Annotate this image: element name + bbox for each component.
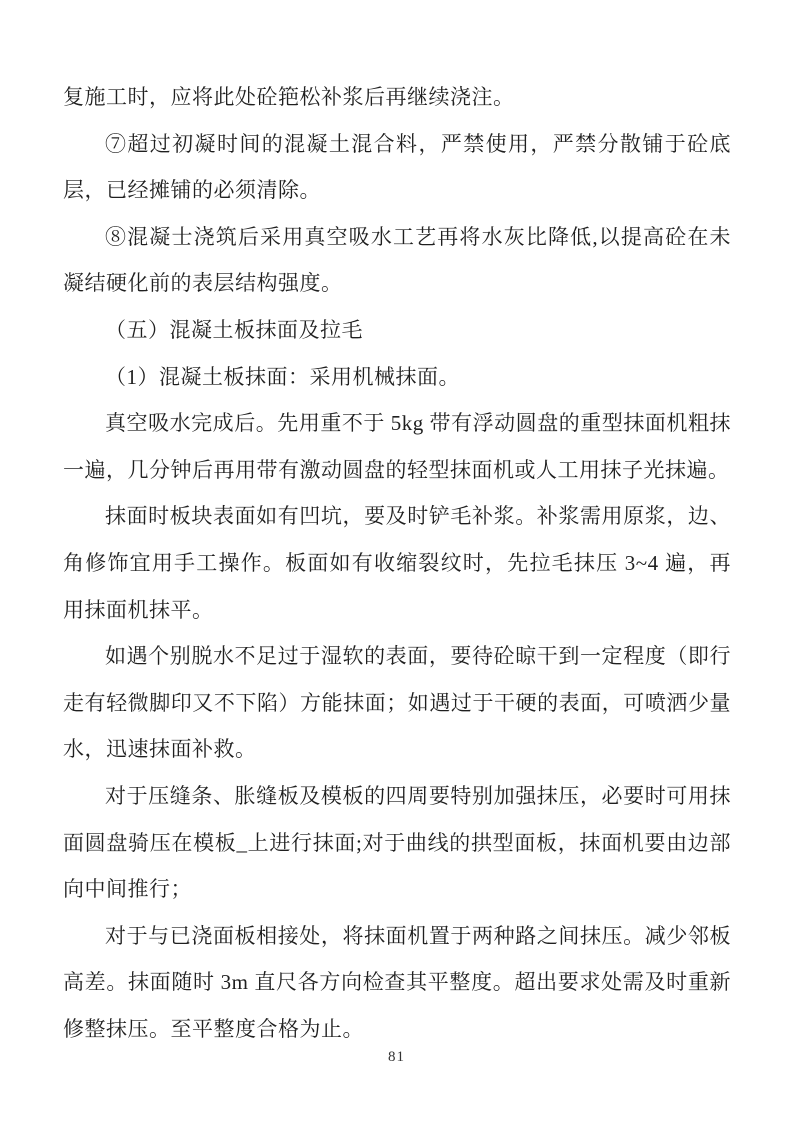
document-body: 复施工时，应将此处砼筢松补浆后再继续浇注。⑦超过初凝时间的混凝土混合料，严禁使用… [63,74,731,1052]
page-number: 81 [0,1049,793,1066]
paragraph: （1）混凝土板抹面：采用机械抹面。 [63,354,731,401]
paragraph: 如遇个别脱水不足过于湿软的表面，要待砼晾干到一定程度（即行走有轻微脚印又不下陷）… [63,633,731,773]
paragraph: 抹面时板块表面如有凹坑，要及时铲毛补浆。补浆需用原浆，边、角修饰宜用手工操作。板… [63,493,731,633]
paragraph: 对于压缝条、胀缝板及模板的四周要特别加强抹压，必要时可用抹面圆盘骑压在模板_上进… [63,773,731,913]
paragraph: 真空吸水完成后。先用重不于 5kg 带有浮动圆盘的重型抹面机粗抹一遍，几分钟后再… [63,400,731,493]
paragraph: 对于与已浇面板相接处，将抹面机置于两种路之间抹压。减少邻板高差。抹面随时 3m … [63,913,731,1053]
paragraph: 复施工时，应将此处砼筢松补浆后再继续浇注。 [63,74,731,121]
document-page: 复施工时，应将此处砼筢松补浆后再继续浇注。⑦超过初凝时间的混凝土混合料，严禁使用… [0,0,793,1122]
paragraph: ⑦超过初凝时间的混凝土混合料，严禁使用，严禁分散铺于砼底层，已经摊铺的必须清除。 [63,121,731,214]
paragraph: （五）混凝土板抹面及拉毛 [63,307,731,354]
paragraph: ⑧混凝士浇筑后采用真空吸水工艺再将水灰比降低,以提高砼在未凝结硬化前的表层结构强… [63,214,731,307]
